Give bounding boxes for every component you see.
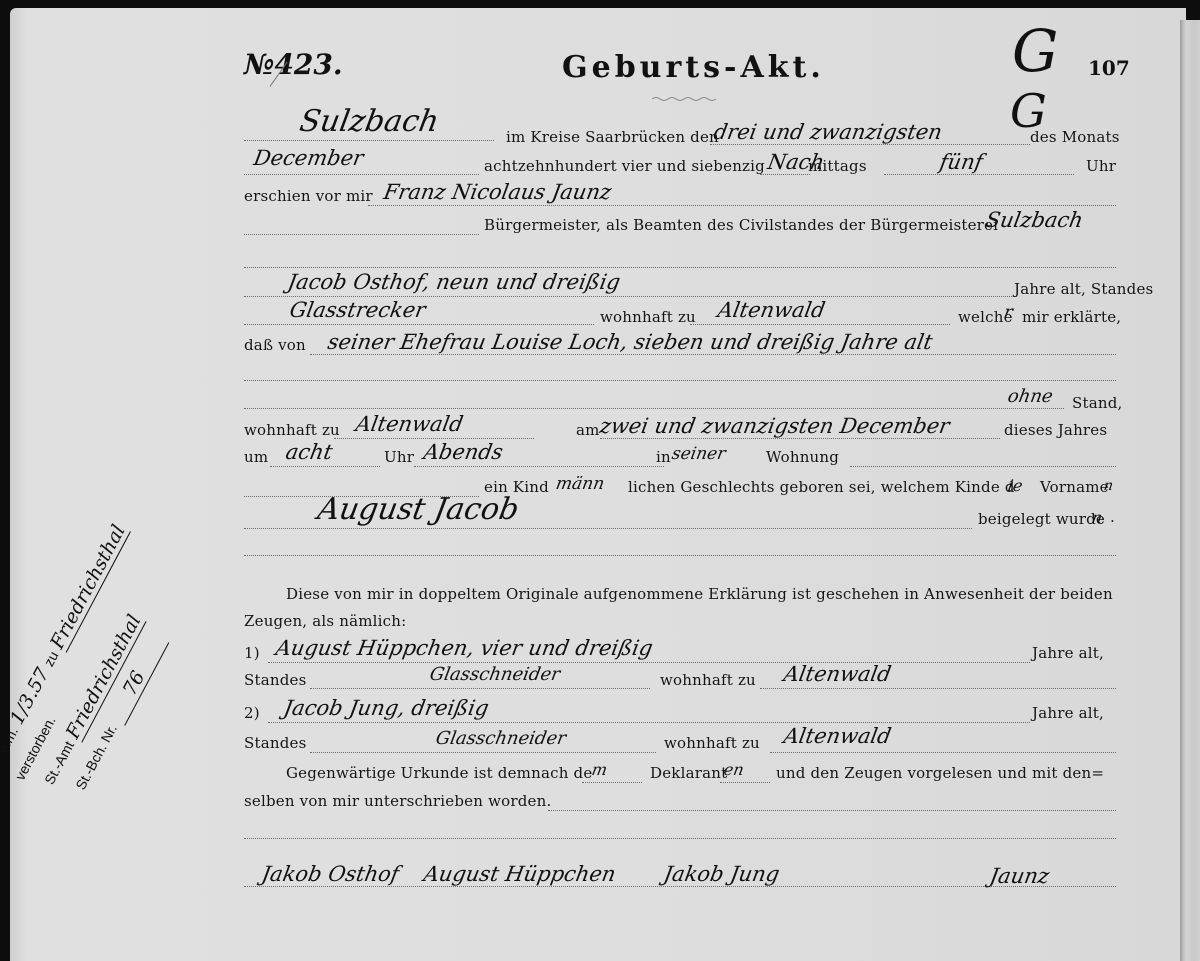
dotted-line bbox=[600, 438, 1000, 439]
dotted-line bbox=[310, 688, 650, 689]
closing-deklarant: Deklarant bbox=[650, 764, 727, 782]
birth-place-field: Altenwald bbox=[354, 412, 465, 436]
municipality-field: Sulzbach bbox=[984, 208, 1085, 232]
dotted-line bbox=[244, 324, 594, 325]
label-mittags: mittags bbox=[808, 157, 867, 175]
page-edge bbox=[1180, 20, 1200, 961]
sex-field: männ bbox=[554, 474, 606, 494]
dotted-line bbox=[334, 438, 534, 439]
dotted-line bbox=[310, 354, 1116, 355]
label-erklaerte: mir erklärte, bbox=[1022, 308, 1121, 326]
label-beigelegt: beigelegt wurde bbox=[978, 510, 1105, 528]
witness-intro-2: Zeugen, als nämlich: bbox=[244, 612, 406, 630]
label-erschien: erschien vor mir bbox=[244, 187, 373, 205]
dotted-line bbox=[690, 324, 950, 325]
mother-status-field: ohne bbox=[1006, 386, 1054, 407]
dotted-line bbox=[244, 886, 1116, 887]
signature-declarant: Jakob Osthof bbox=[260, 862, 401, 886]
record-number: №423. bbox=[244, 48, 343, 81]
dotted-line bbox=[850, 466, 1116, 467]
label-dass-von: daß von bbox=[244, 336, 306, 354]
dotted-line bbox=[582, 782, 642, 783]
witness-2-index: 2) bbox=[244, 704, 260, 722]
dotted-line bbox=[368, 205, 1116, 206]
dotted-line bbox=[548, 810, 1116, 811]
label-uhr: Uhr bbox=[384, 448, 414, 466]
label-kreis: im Kreise Saarbrücken den bbox=[506, 128, 719, 146]
label-wohnhaft: wohnhaft zu bbox=[600, 308, 696, 326]
dotted-line bbox=[268, 662, 1030, 663]
period: . bbox=[1110, 508, 1115, 526]
dotted-line bbox=[244, 140, 494, 141]
signature-official: Jaunz bbox=[988, 864, 1051, 888]
dotted-line bbox=[270, 466, 380, 467]
label-am: am bbox=[576, 421, 600, 439]
label-year: achtzehnhundert vier und siebenzig bbox=[484, 157, 765, 175]
label-stand: Stand, bbox=[1072, 394, 1122, 412]
declarant-field: Jacob Osthof, neun und dreißig bbox=[286, 270, 622, 294]
declarant-occupation-field: Glasstrecker bbox=[288, 298, 428, 322]
mother-field: seiner Ehefrau Louise Loch, sieben und d… bbox=[326, 330, 934, 354]
dotted-line bbox=[770, 752, 1116, 753]
label-jahre-standes: Jahre alt, Standes bbox=[1014, 280, 1153, 298]
dotted-line bbox=[244, 380, 1116, 381]
witness-1-index: 1) bbox=[244, 644, 260, 662]
dotted-line bbox=[244, 234, 479, 235]
dotted-line bbox=[760, 174, 810, 175]
annot-zu: zu bbox=[40, 648, 61, 669]
dotted-line bbox=[268, 722, 1030, 723]
label-geschlechts: lichen Geschlechts geboren sei, welchem … bbox=[628, 478, 1015, 496]
declarant-residence-field: Altenwald bbox=[716, 298, 827, 322]
witness-1-standes-label: Standes bbox=[244, 671, 306, 689]
witness-intro: Diese von mir in doppeltem Originale auf… bbox=[286, 585, 1113, 603]
closing-text-4: selben von mir unterschrieben worden. bbox=[244, 792, 551, 810]
hour-field: fünf bbox=[938, 150, 985, 174]
birth-hour-field: acht bbox=[284, 440, 334, 464]
closing-suffix: en bbox=[722, 760, 745, 779]
dotted-line bbox=[720, 782, 770, 783]
closing-text-3: und den Zeugen vorgelesen und mit den= bbox=[776, 764, 1104, 782]
label-vorname: Vorname bbox=[1040, 478, 1109, 496]
margin-mark: G bbox=[1012, 22, 1058, 80]
witness-2-occupation: Glasschneider bbox=[434, 728, 567, 749]
dotted-line bbox=[244, 296, 1014, 297]
witness-2-age-label: Jahre alt, bbox=[1032, 704, 1104, 722]
dotted-line bbox=[244, 267, 1116, 268]
dotted-line bbox=[710, 144, 1030, 145]
dotted-line bbox=[414, 466, 664, 467]
label-wohnung: Wohnung bbox=[766, 448, 839, 466]
dotted-line bbox=[244, 174, 479, 175]
witness-1-occupation: Glasschneider bbox=[428, 664, 561, 685]
document-title: Geburts-Akt. bbox=[562, 50, 825, 85]
title-flourish bbox=[652, 96, 718, 102]
witness-2-standes-label: Standes bbox=[244, 734, 306, 752]
day-field: drei und zwanzigsten bbox=[712, 120, 944, 144]
witness-1-name: August Hüppchen, vier und dreißig bbox=[274, 636, 655, 660]
dotted-line bbox=[244, 555, 1116, 556]
signature-witness-2: Jakob Jung bbox=[662, 862, 782, 886]
witness-2-residence: Altenwald bbox=[782, 724, 893, 748]
signature-witness-1: August Hüppchen bbox=[422, 862, 618, 886]
label-monats: des Monats bbox=[1030, 128, 1120, 146]
dotted-line bbox=[244, 408, 1064, 409]
label-wohnhaft-zu: wohnhaft zu bbox=[244, 421, 340, 439]
witness-1-residence: Altenwald bbox=[782, 662, 893, 686]
dotted-line bbox=[760, 688, 1116, 689]
month-field: December bbox=[252, 146, 366, 170]
witness-2-name: Jacob Jung, dreißig bbox=[282, 696, 491, 720]
label-uhr: Uhr bbox=[1086, 157, 1116, 175]
birth-date-field: zwei und zwanzigsten December bbox=[598, 414, 952, 438]
home-field: seiner bbox=[670, 444, 727, 464]
dotted-line bbox=[884, 174, 1074, 175]
page-number: 107 bbox=[1088, 56, 1130, 80]
label-buergermeister: Bürgermeister, als Beamten des Civilstan… bbox=[484, 216, 998, 234]
closing-text-1: Gegenwärtige Urkunde ist demnach de bbox=[286, 764, 592, 782]
child-name-field: August Jacob bbox=[315, 492, 522, 527]
dotted-line bbox=[244, 528, 972, 529]
birth-period-field: Abends bbox=[422, 440, 505, 464]
label-in: in bbox=[656, 448, 671, 466]
witness-1-age-label: Jahre alt, bbox=[1032, 644, 1104, 662]
witness-2-residence-label: wohnhaft zu bbox=[664, 734, 760, 752]
label-um: um bbox=[244, 448, 268, 466]
label-dieses-jahres: dieses Jahres bbox=[1004, 421, 1107, 439]
place-field: Sulzbach bbox=[297, 104, 442, 139]
official-name-field: Franz Nicolaus Jaunz bbox=[382, 180, 613, 204]
witness-1-residence-label: wohnhaft zu bbox=[660, 671, 756, 689]
dotted-line bbox=[244, 838, 1116, 839]
dotted-line bbox=[310, 752, 656, 753]
